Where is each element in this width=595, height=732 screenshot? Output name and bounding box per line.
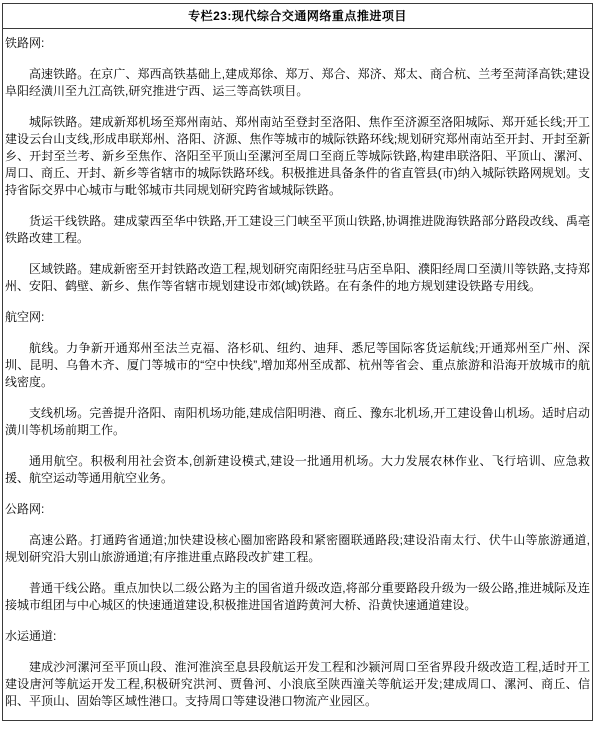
panel-title: 专栏23:现代综合交通网络重点推进项目: [3, 4, 592, 29]
paragraph-air-routes: 航线。力争新开通郑州至法兰克福、洛杉矶、纽约、迪拜、悉尼等国际客货运航线;开通郑…: [5, 340, 590, 391]
section-heading-railway: 铁路网:: [5, 35, 590, 52]
paragraph-expressways: 高速公路。打通跨省通道;加快建设核心圈加密路段和紧密圈联通路段;建设沿南太行、伏…: [5, 532, 590, 566]
panel-body: 铁路网: 高速铁路。在京广、郑西高铁基础上,建成郑徐、郑万、郑合、郑济、郑太、商…: [3, 29, 592, 720]
section-heading-aviation: 航空网:: [5, 309, 590, 326]
paragraph-freight-trunk-rail: 货运干线铁路。建成蒙西至华中铁路,开工建设三门峡至平顶山铁路,协调推进陇海铁路部…: [5, 213, 590, 247]
paragraph-regional-rail: 区域铁路。建成新密至开封铁路改造工程,规划研究南阳经驻马店至阜阳、濮阳经周口至潢…: [5, 261, 590, 295]
paragraph-general-aviation: 通用航空。积极利用社会资本,创新建设模式,建设一批通用机场。大力发展农林作业、飞…: [5, 453, 590, 487]
paragraph-waterway-projects: 建成沙河漯河至平顶山段、淮河淮滨至息县段航运开发工程和沙颍河周口至省界段升级改造…: [5, 659, 590, 710]
paragraph-intercity-rail: 城际铁路。建成新郑机场至郑州南站、郑州南站至登封至洛阳、焦作至济源至洛阳城际、郑…: [5, 114, 590, 199]
paragraph-high-speed-rail: 高速铁路。在京广、郑西高铁基础上,建成郑徐、郑万、郑合、郑济、郑太、商合杭、兰考…: [5, 66, 590, 100]
paragraph-feeder-airports: 支线机场。完善提升洛阳、南阳机场功能,建成信阳明港、商丘、豫东北机场,开工建设鲁…: [5, 405, 590, 439]
column-panel: 专栏23:现代综合交通网络重点推进项目 铁路网: 高速铁路。在京广、郑西高铁基础…: [2, 3, 593, 721]
section-heading-waterway: 水运通道:: [5, 628, 590, 645]
section-heading-highway: 公路网:: [5, 501, 590, 518]
paragraph-trunk-highways: 普通干线公路。重点加快以二级公路为主的国省道升级改造,将部分重要路段升级为一级公…: [5, 580, 590, 614]
